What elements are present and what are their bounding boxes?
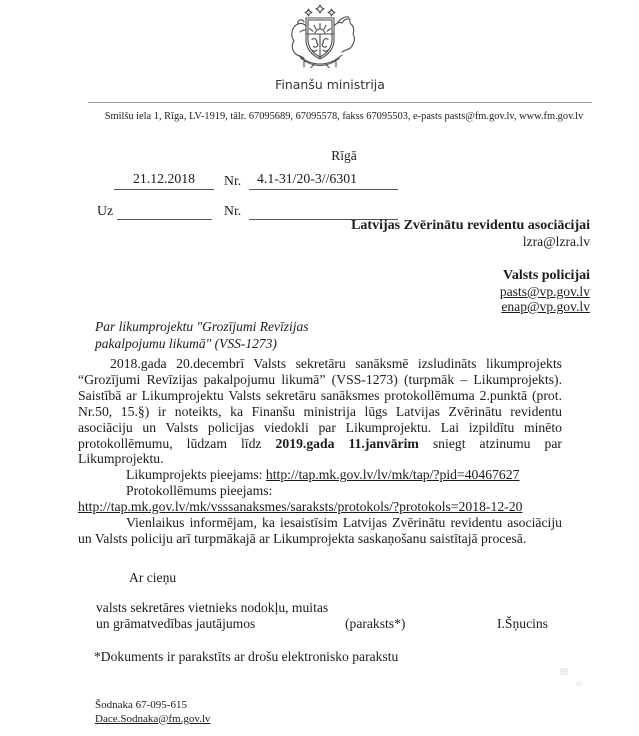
city-label: Rīgā bbox=[44, 148, 639, 164]
recipient-police-name: Valsts policijai bbox=[351, 268, 590, 284]
recipients-block: Latvijas Zvērinātu revidentu asociācijai… bbox=[351, 218, 590, 315]
nr-label-second: Nr. bbox=[224, 203, 241, 219]
signer-title: valsts sekretāres vietnieks nodokļu, mui… bbox=[96, 600, 328, 631]
reply-date-blank-field bbox=[117, 201, 212, 220]
law-project-url-link[interactable]: http://tap.mk.gov.lv/lv/mk/tap/?pid=4046… bbox=[266, 467, 520, 482]
recipient-association-name: Latvijas Zvērinātu revidentu asociācijai bbox=[351, 218, 590, 234]
footer-contact-person: Šodnaka 67-095-615 bbox=[95, 699, 210, 713]
recipient-police-email2-link[interactable]: enap@vp.gov.lv bbox=[351, 299, 590, 315]
nr-label: Nr. bbox=[224, 173, 241, 189]
law-link-label: Likumprojekts pieejams: bbox=[126, 467, 266, 482]
deadline-date-bold: 2019.gada 11.janvārim bbox=[276, 436, 419, 451]
footer-contact-block: Šodnaka 67-095-615 Dace.Sodnaka@fm.gov.l… bbox=[95, 699, 210, 726]
ministry-name: Finanšu ministrija bbox=[20, 77, 639, 92]
protocol-link-label-line: Protokollēmums pieejams: bbox=[78, 483, 562, 499]
body-paragraph-2: Vienlaikus informējam, ka iesaistīsim La… bbox=[78, 515, 562, 547]
signer-title-line-2: un grāmatvedības jautājumos bbox=[96, 616, 328, 632]
letter-body: 2018.gada 20.decembrī Valsts sekretāru s… bbox=[78, 356, 562, 547]
footer-contact-email-link[interactable]: Dace.Sodnaka@fm.gov.lv bbox=[95, 713, 210, 727]
e-signature-footnote: *Dokuments ir parakstīts ar drošu elektr… bbox=[94, 649, 398, 665]
recipients-gap bbox=[351, 249, 590, 268]
salutation: Ar cieņu bbox=[129, 570, 176, 586]
subject-line-1: Par likumprojektu "Grozījumi Revīzijas bbox=[95, 319, 309, 336]
signer-title-line-1: valsts sekretāres vietnieks nodokļu, mui… bbox=[96, 600, 328, 616]
protocol-url-link[interactable]: http://tap.mk.gov.lv/mk/vsssanaksmes/sar… bbox=[78, 499, 522, 514]
letter-date-field: 21.12.2018 bbox=[114, 171, 214, 190]
latvia-coat-of-arms-icon bbox=[281, 4, 359, 73]
letter-number-field: 4.1-31/20-3//6301 bbox=[249, 171, 398, 190]
body-paragraph-1: 2018.gada 20.decembrī Valsts sekretāru s… bbox=[78, 356, 562, 467]
protocol-url-line: http://tap.mk.gov.lv/mk/vsssanaksmes/sar… bbox=[78, 499, 562, 515]
subject-line-2: pakalpojumu likumā" (VSS-1273) bbox=[95, 336, 309, 353]
recipient-association-email: lzra@lzra.lv bbox=[351, 234, 590, 250]
document-page: Finanšu ministrija Smilšu iela 1, Rīga, … bbox=[0, 0, 639, 736]
header-divider bbox=[88, 102, 592, 103]
recipient-police-email-link[interactable]: pasts@vp.gov.lv bbox=[351, 284, 590, 300]
signature-placeholder: (paraksts*) bbox=[345, 616, 405, 632]
scan-smudge-artifact bbox=[576, 681, 582, 686]
uz-label: Uz bbox=[97, 203, 113, 219]
subject-line: Par likumprojektu "Grozījumi Revīzijas p… bbox=[95, 319, 309, 352]
ministry-contact-line: Smilšu iela 1, Rīga, LV-1919, tālr. 6709… bbox=[44, 111, 639, 122]
scan-smudge-artifact bbox=[560, 668, 568, 675]
law-link-line: Likumprojekts pieejams: http://tap.mk.go… bbox=[78, 467, 562, 483]
signer-name: I.Šņucins bbox=[497, 616, 548, 632]
